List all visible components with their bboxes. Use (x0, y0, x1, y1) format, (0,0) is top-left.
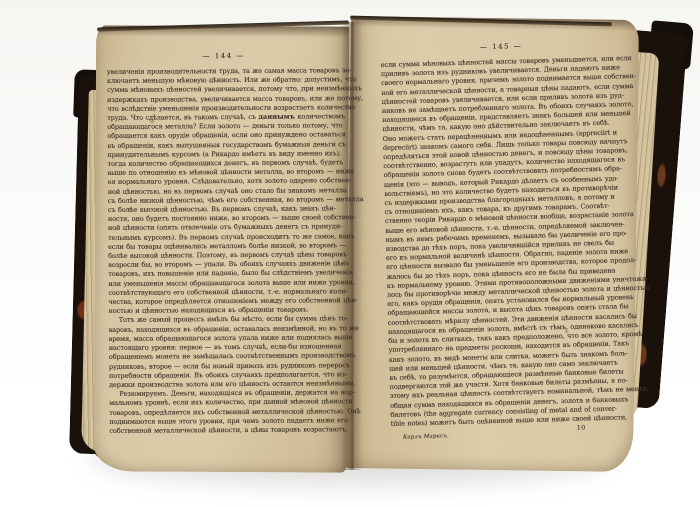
left-page-number: — 144 — (107, 51, 341, 61)
text-line: собственной металлической цѣнности, а цѣ… (109, 425, 343, 436)
sheet-signature-number: 10 (577, 425, 586, 432)
open-book-photo: — 144 — увеличенія производительности тр… (0, 0, 700, 507)
right-page-text-block: — 145 — если сумма мѣновыхъ цѣнностей ма… (380, 39, 633, 449)
left-page-text-block: — 144 — увеличенія производительности тр… (107, 51, 344, 436)
right-page-body-text: если сумма мѣновыхъ цѣнностей массы това… (380, 54, 632, 429)
footer-author-signature: Карлъ Марксъ. (403, 433, 449, 440)
left-page-body-text: увеличенія производительности труда, та … (107, 66, 344, 436)
